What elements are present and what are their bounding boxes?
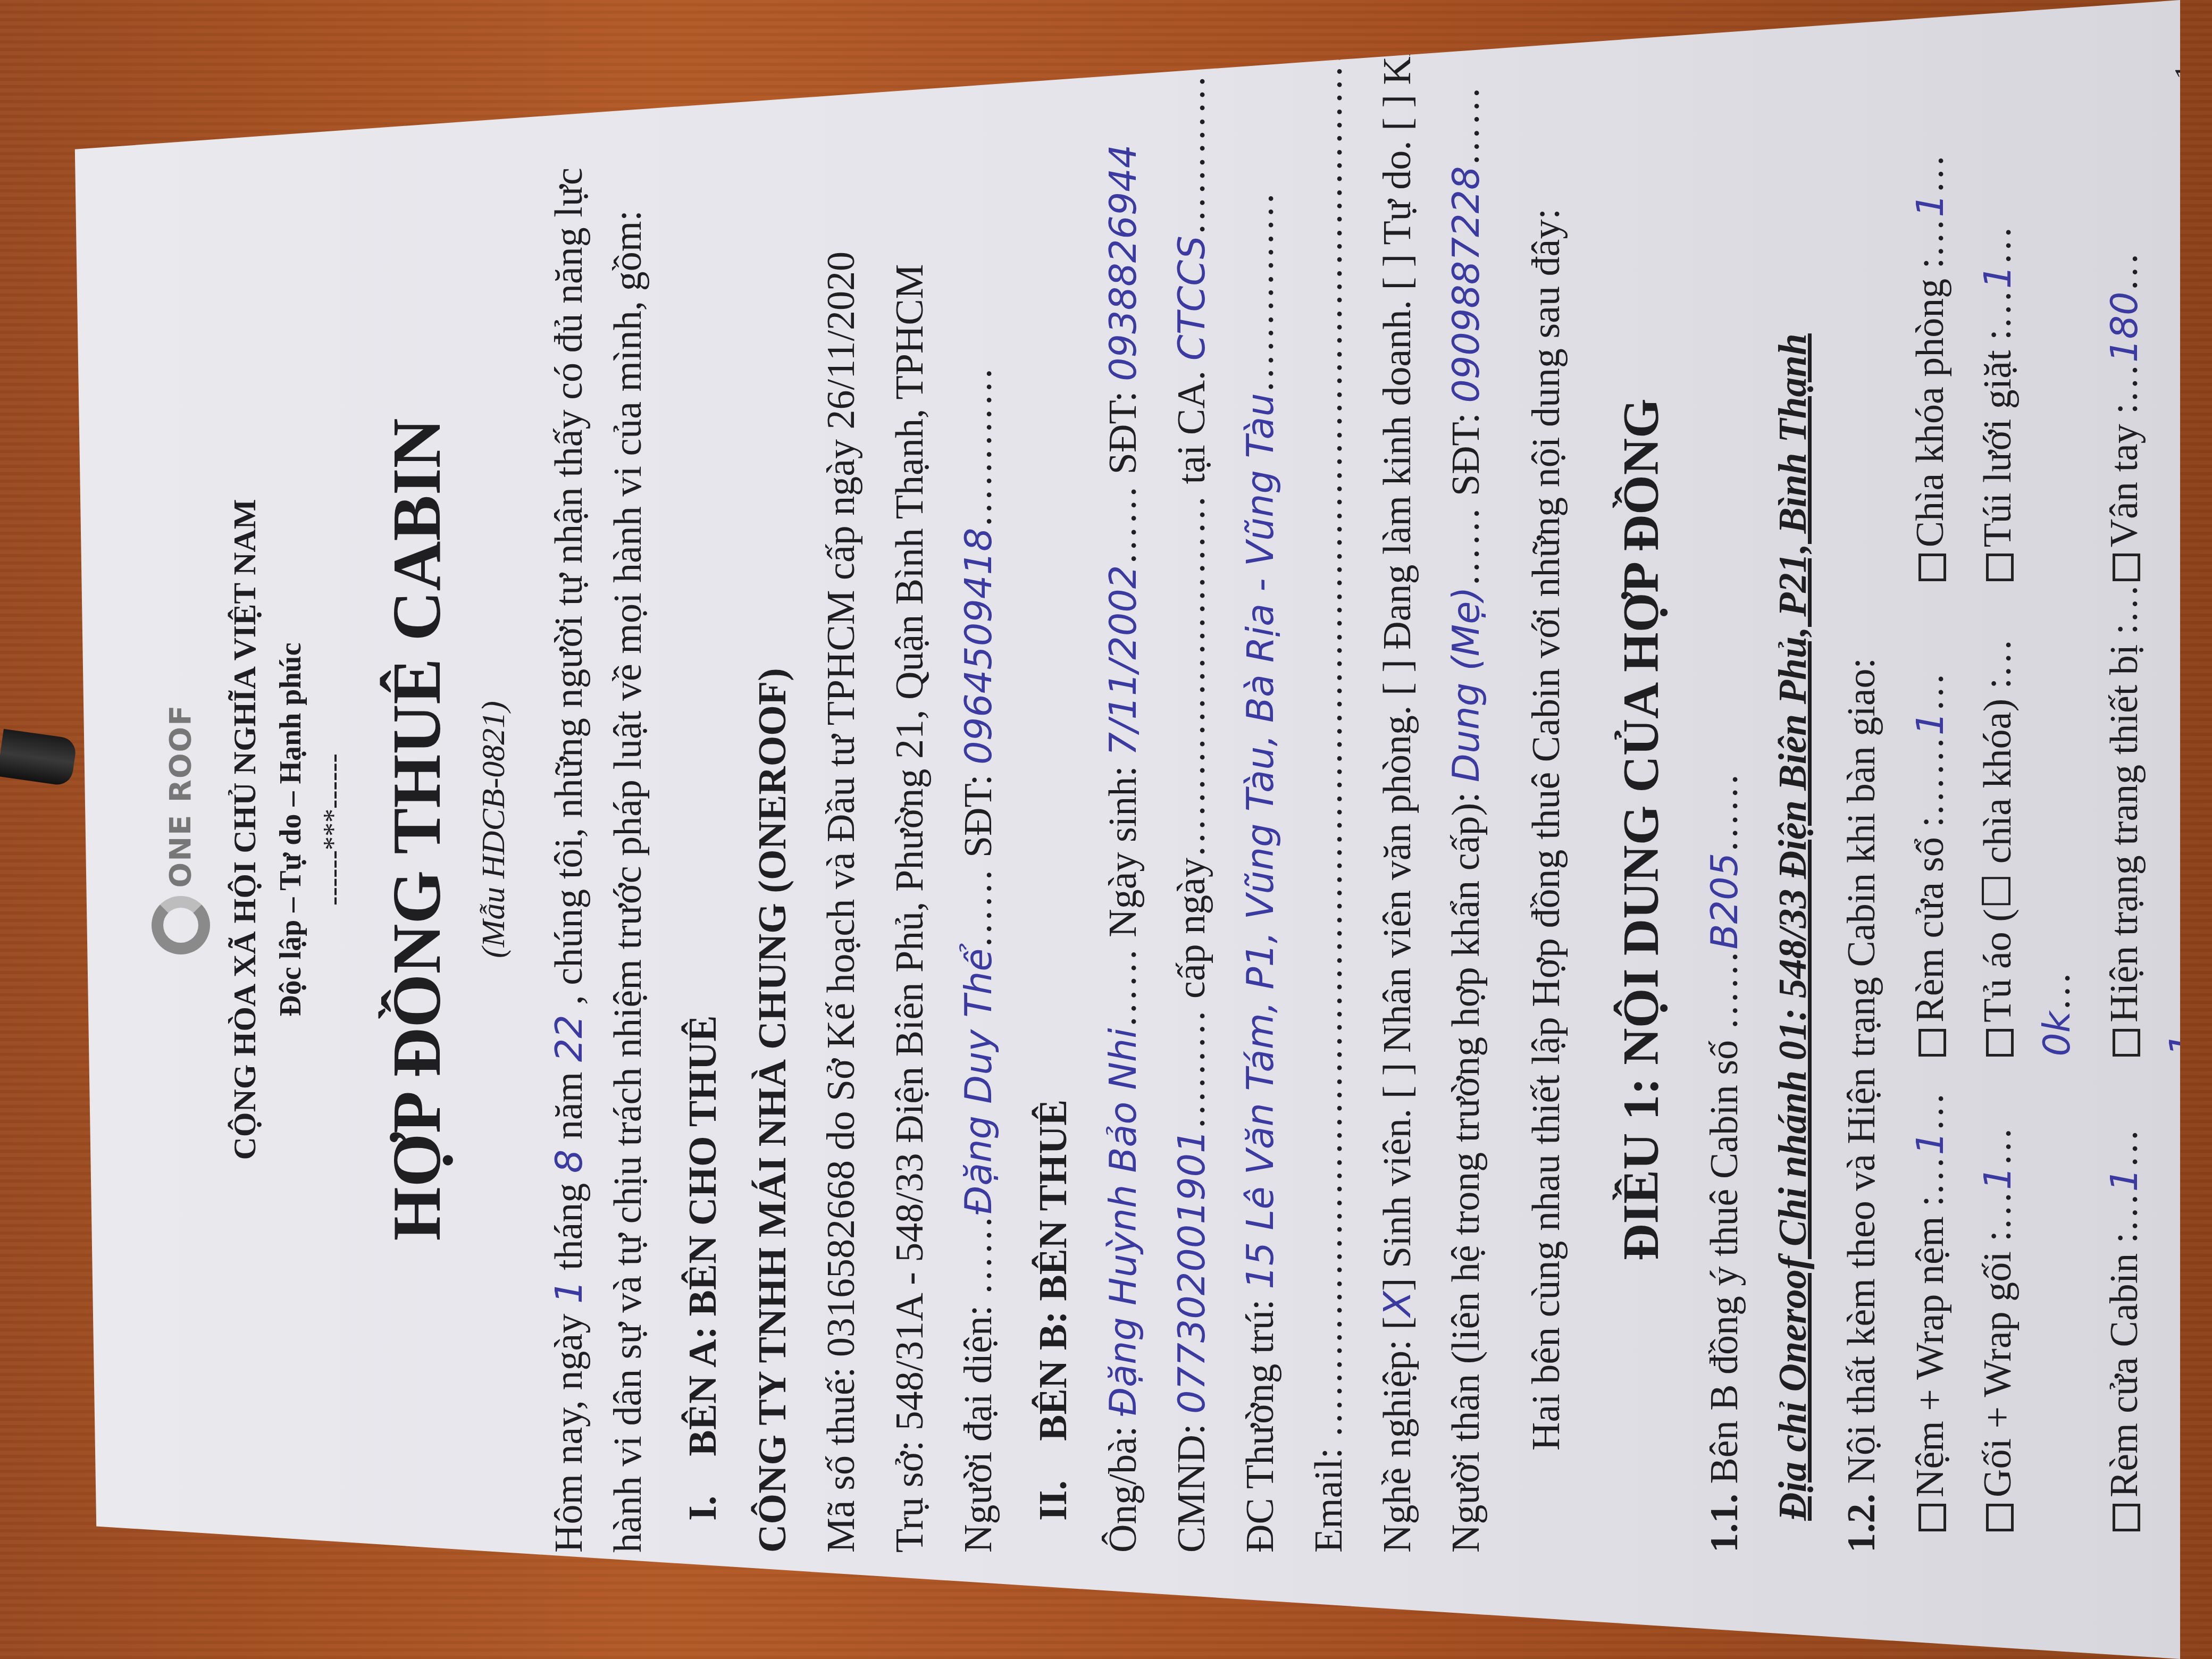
checkbox-icon xyxy=(1918,1504,1946,1531)
checkbox-icon xyxy=(1986,554,2014,581)
checklist-item[interactable]: Túi lưới giặt :…1… xyxy=(1968,106,2087,581)
checkbox-icon xyxy=(1986,1504,2014,1531)
checklist-item[interactable]: Rèm cửa sổ :……1… xyxy=(1901,581,1960,1056)
oneroof-ring-icon xyxy=(152,896,210,954)
address-line: Trụ sở: 548/31A - 548/33 Điện Biên Phủ, … xyxy=(881,106,940,1553)
checkbox-icon xyxy=(2113,554,2140,581)
email-line: Email: ………………………………………………………………………………………… xyxy=(1300,106,1359,1553)
company-name: CÔNG TY TNHH MÁI NHÀ CHUNG (ONEROOF) xyxy=(743,106,802,1553)
tenant-phone[interactable]: 0938826944 xyxy=(1101,145,1145,381)
intro-paragraph: Hôm nay, ngày 1 tháng 8 năm 22 , chúng t… xyxy=(540,106,658,1553)
checkbox-icon xyxy=(2113,1029,2140,1057)
national-motto: Độc lập – Tự do – Hạnh phúc xyxy=(269,106,313,1553)
checkbox-icon xyxy=(1986,1029,2014,1057)
party-a-heading: I. BÊN A: BÊN CHO THUÊ xyxy=(674,106,733,1521)
day-value[interactable]: 1 xyxy=(547,1280,591,1304)
year-value[interactable]: 22 xyxy=(547,1015,591,1062)
paper-sheet: ONE ROOF CỘNG HÒA XÃ HỘI CHỦ NGHĨA VIỆT … xyxy=(32,0,2180,1659)
branch-address: Địa chỉ Oneroof Chi nhánh 01: 548/33 Điệ… xyxy=(1764,106,1823,1521)
tenant-id[interactable]: 077302001901 xyxy=(1170,1129,1213,1413)
checklist-item[interactable]: Chìa khóa phòng :…1… xyxy=(1901,106,1960,581)
tenant-id-line: CMND: 077302001901……… cấp ngày……………………… … xyxy=(1162,106,1221,1553)
clause-1-1: 1.1. Bên B đồng ý thuê Cabin số ……B205…… xyxy=(1695,106,1754,1553)
checklist-item[interactable]: Gối + Wrap gối :…1… xyxy=(1968,1057,2087,1531)
tenant-id-issuer[interactable]: CTCCS xyxy=(1170,236,1213,361)
oneroof-logo: ONE ROOF xyxy=(152,106,210,1553)
residence-line: ĐC Thường trú: 15 Lê Văn Tám, P1, Vũng T… xyxy=(1231,106,1290,1553)
tenant-dob[interactable]: 7/11/2002 xyxy=(1101,565,1145,756)
document-title: HỢP ĐỒNG THUÊ CABIN xyxy=(365,106,469,1553)
representative-line: Người đại diện: ……Đặng Duy Thể…… SĐT: 09… xyxy=(949,106,1008,1553)
checkbox-icon xyxy=(1918,1029,1946,1057)
checklist-item[interactable]: Tủ áo (☐ chìa khóa) :…0k… xyxy=(1968,581,2087,1056)
tax-line: Mã số thuế: 0316582668 do Sở Kế hoạch và… xyxy=(812,106,871,1553)
relative-line: Người thân (liên hệ trong trường hợp khẩ… xyxy=(1437,106,1496,1553)
form-code: (Mẫu HDCB-0821) xyxy=(469,106,518,1553)
article-1-title: ĐIỀU 1: NỘI DUNG CỦA HỢP ĐỒNG xyxy=(1603,106,1679,1553)
contract-page: ONE ROOF CỘNG HÒA XÃ HỘI CHỦ NGHĨA VIỆT … xyxy=(88,32,2188,1627)
relative-name[interactable]: Dung (Mẹ) xyxy=(1444,586,1488,782)
checkbox-icon xyxy=(1918,554,1946,581)
party-b-heading: II. BÊN B: BÊN THUÊ xyxy=(1024,106,1083,1521)
checklist-item[interactable]: Nệm + Wrap nệm :…1… xyxy=(1901,1057,1960,1531)
representative-phone[interactable]: 0964509418 xyxy=(957,528,1000,765)
tenant-residence[interactable]: 15 Lê Văn Tám, P1, Vũng Tàu, Bà Rịa - Vũ… xyxy=(1238,393,1282,1289)
occupation-business[interactable]: [ ] Đang làm kinh doanh. xyxy=(1376,300,1419,696)
logo-text: ONE ROOF xyxy=(158,705,203,888)
separator: ------***------ xyxy=(313,106,355,1553)
tenant-name-line: Ông/bà: Đặng Huỳnh Bảo Nhi…… Ngày sinh: … xyxy=(1094,106,1153,1553)
representative-value[interactable]: Đặng Duy Thể xyxy=(957,949,1000,1214)
month-value[interactable]: 8 xyxy=(547,1150,591,1174)
tenant-name[interactable]: Đặng Huỳnh Bảo Nhi xyxy=(1101,1028,1145,1416)
cabin-number[interactable]: B205 xyxy=(1703,853,1746,950)
occupation-freelance[interactable]: [ ] Tự do. xyxy=(1376,140,1419,290)
furniture-checklist: Nệm + Wrap nệm :…1… Rèm cửa sổ :……1… Chì… xyxy=(1901,106,2212,1531)
occupation-office[interactable]: [ ] Nhân viên văn phòng. xyxy=(1376,706,1419,1099)
relative-phone[interactable]: 0909887228 xyxy=(1444,166,1488,403)
national-heading: CỘNG HÒA XÃ HỘI CHỦ NGHĨA VIỆT NAM xyxy=(221,106,269,1553)
agreement-text: Hai bên cùng nhau thiết lập Hợp đồng thu… xyxy=(1517,106,1576,1553)
clause-1-2: 1.2. Nội thất kèm theo và Hiện trạng Cab… xyxy=(1832,106,1891,1553)
occupation-line: Nghề nghiệp: [X] Sinh viên. [ ] Nhân viê… xyxy=(1368,106,1427,1553)
occupation-student[interactable]: [X] Sinh viên. xyxy=(1376,1109,1419,1330)
checkbox-icon xyxy=(2113,1504,2140,1531)
